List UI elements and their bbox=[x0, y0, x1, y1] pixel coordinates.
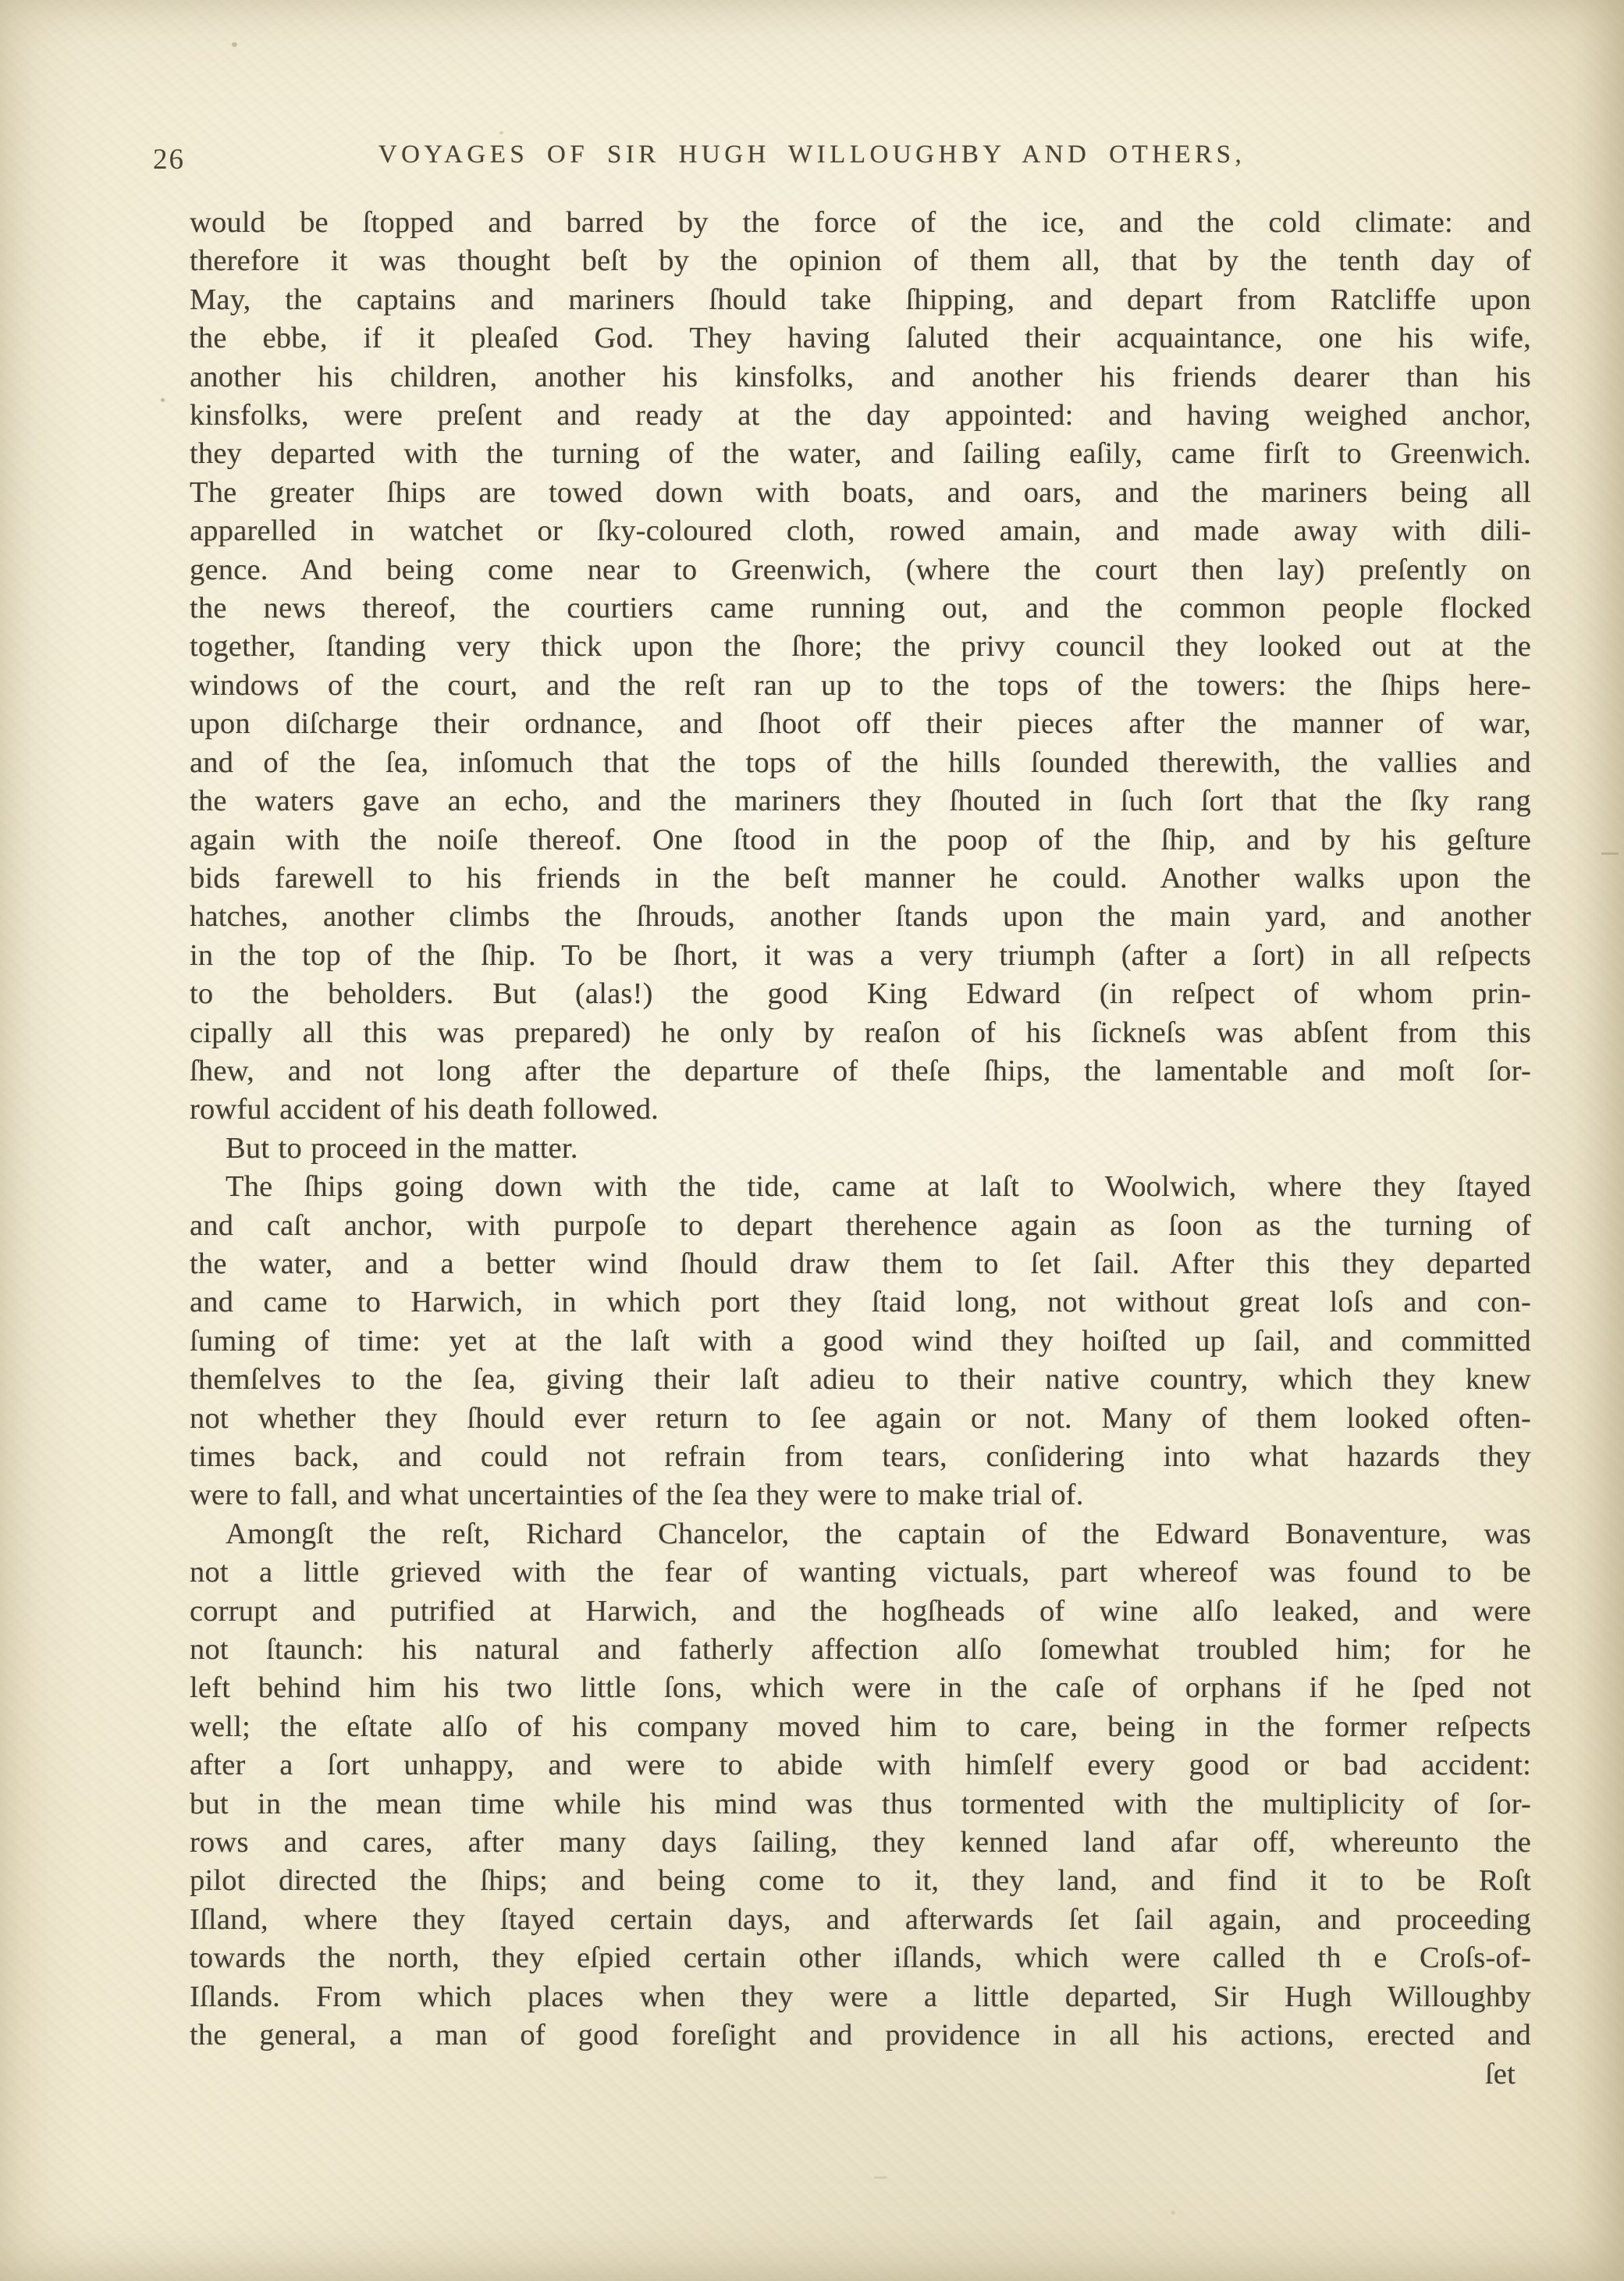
text-line: Amongſt the reſt, Richard Chancelor, the… bbox=[190, 1515, 1531, 1553]
text-line: well; the eſtate alſo of his company mov… bbox=[190, 1708, 1531, 1746]
text-line: in the top of the ſhip. To be ſhort, it … bbox=[190, 937, 1531, 975]
text-line: again with the noiſe thereof. One ſtood … bbox=[190, 821, 1531, 859]
text-line: But to proceed in the matter. bbox=[190, 1130, 1531, 1168]
text-line: the ebbe, if it pleaſed God. They having… bbox=[190, 319, 1531, 358]
text-line: rowful accident of his death followed. bbox=[190, 1091, 1531, 1129]
text-line: corrupt and putrified at Harwich, and th… bbox=[190, 1592, 1531, 1631]
text-line: Iſlands. From which places when they wer… bbox=[190, 1978, 1531, 2016]
text-line: another his children, another his kinsfo… bbox=[190, 358, 1531, 397]
text-line: cipally all this was prepared) he only b… bbox=[190, 1014, 1531, 1052]
running-title: VOYAGES OF SIR HUGH WILLOUGHBY AND OTHER… bbox=[0, 141, 1624, 169]
text-line: to the beholders. But (alas!) the good K… bbox=[190, 975, 1531, 1013]
text-line: the news thereof, the courtiers came run… bbox=[190, 589, 1531, 628]
paper-speck bbox=[1171, 2211, 1175, 2215]
paper-speck bbox=[499, 131, 503, 134]
text-line: ſhew, and not long after the departure o… bbox=[190, 1052, 1531, 1091]
text-line: therefore it was thought beſt by the opi… bbox=[190, 242, 1531, 280]
text-line: after a ſort unhappy, and were to abide … bbox=[190, 1746, 1531, 1785]
text-line: they departed with the turning of the wa… bbox=[190, 435, 1531, 473]
paper-speck bbox=[232, 42, 237, 47]
text-line: hatches, another climbs the ſhrouds, ano… bbox=[190, 898, 1531, 936]
paragraph: But to proceed in the matter. bbox=[190, 1130, 1531, 1168]
text-line: kinsfolks, were preſent and ready at the… bbox=[190, 397, 1531, 435]
paper-speck bbox=[161, 398, 165, 402]
text-line: gence. And being come near to Greenwich,… bbox=[190, 551, 1531, 589]
text-line: rows and cares, after many days ſailing,… bbox=[190, 1824, 1531, 1862]
page-header: 26 VOYAGES OF SIR HUGH WILLOUGHBY AND OT… bbox=[0, 141, 1624, 169]
paragraph: Amongſt the reſt, Richard Chancelor, the… bbox=[190, 1515, 1531, 2055]
paragraph: would be ſtopped and barred by the force… bbox=[190, 204, 1531, 1130]
text-line: not a little grieved with the fear of wa… bbox=[190, 1553, 1531, 1592]
text-line: and came to Harwich, in which port they … bbox=[190, 1283, 1531, 1322]
text-line: left behind him his two little ſons, whi… bbox=[190, 1669, 1531, 1707]
text-line: windows of the court, and the reſt ran u… bbox=[190, 667, 1531, 705]
page-edge-mark bbox=[1601, 852, 1619, 855]
text-line: bids farewell to his friends in the beſt… bbox=[190, 859, 1531, 898]
text-line: upon diſcharge their ordnance, and ſhoot… bbox=[190, 705, 1531, 743]
text-line: the water, and a better wind ſhould draw… bbox=[190, 1245, 1531, 1283]
text-line: towards the north, they eſpied certain o… bbox=[190, 1939, 1531, 1977]
text-line: The ſhips going down with the tide, came… bbox=[190, 1168, 1531, 1206]
text-line: together, ſtanding very thick upon the ſ… bbox=[190, 628, 1531, 666]
page-body: would be ſtopped and barred by the force… bbox=[190, 204, 1531, 2094]
text-line: and of the ſea, inſomuch that the tops o… bbox=[190, 744, 1531, 782]
catchword: ſet bbox=[190, 2055, 1531, 2094]
text-line: The greater ſhips are towed down with bo… bbox=[190, 474, 1531, 512]
page-edge-mark bbox=[874, 2176, 887, 2179]
text-line: would be ſtopped and barred by the force… bbox=[190, 204, 1531, 242]
text-line: ſuming of time: yet at the laſt with a g… bbox=[190, 1322, 1531, 1361]
paragraph: The ſhips going down with the tide, came… bbox=[190, 1168, 1531, 1515]
text-line: pilot directed the ſhips; and being come… bbox=[190, 1862, 1531, 1900]
text-line: Iſland, where they ſtayed certain days, … bbox=[190, 1901, 1531, 1939]
text-line: times back, and could not refrain from t… bbox=[190, 1438, 1531, 1476]
paragraphs: would be ſtopped and barred by the force… bbox=[190, 204, 1531, 2055]
text-line: and caſt anchor, with purpoſe to depart … bbox=[190, 1207, 1531, 1245]
text-line: apparelled in watchet or ſky-coloured cl… bbox=[190, 512, 1531, 550]
book-page: 26 VOYAGES OF SIR HUGH WILLOUGHBY AND OT… bbox=[0, 0, 1624, 2281]
text-line: the waters gave an echo, and the mariner… bbox=[190, 782, 1531, 820]
text-line: were to fall, and what uncertainties of … bbox=[190, 1476, 1531, 1514]
text-line: but in the mean time while his mind was … bbox=[190, 1785, 1531, 1824]
text-line: not whether they ſhould ever return to ſ… bbox=[190, 1400, 1531, 1438]
page-number: 26 bbox=[153, 143, 185, 176]
text-line: not ſtaunch: his natural and fatherly af… bbox=[190, 1631, 1531, 1669]
text-line: themſelves to the ſea, giving their laſt… bbox=[190, 1361, 1531, 1399]
text-line: the general, a man of good foreſight and… bbox=[190, 2016, 1531, 2055]
text-line: May, the captains and mariners ſhould ta… bbox=[190, 281, 1531, 319]
